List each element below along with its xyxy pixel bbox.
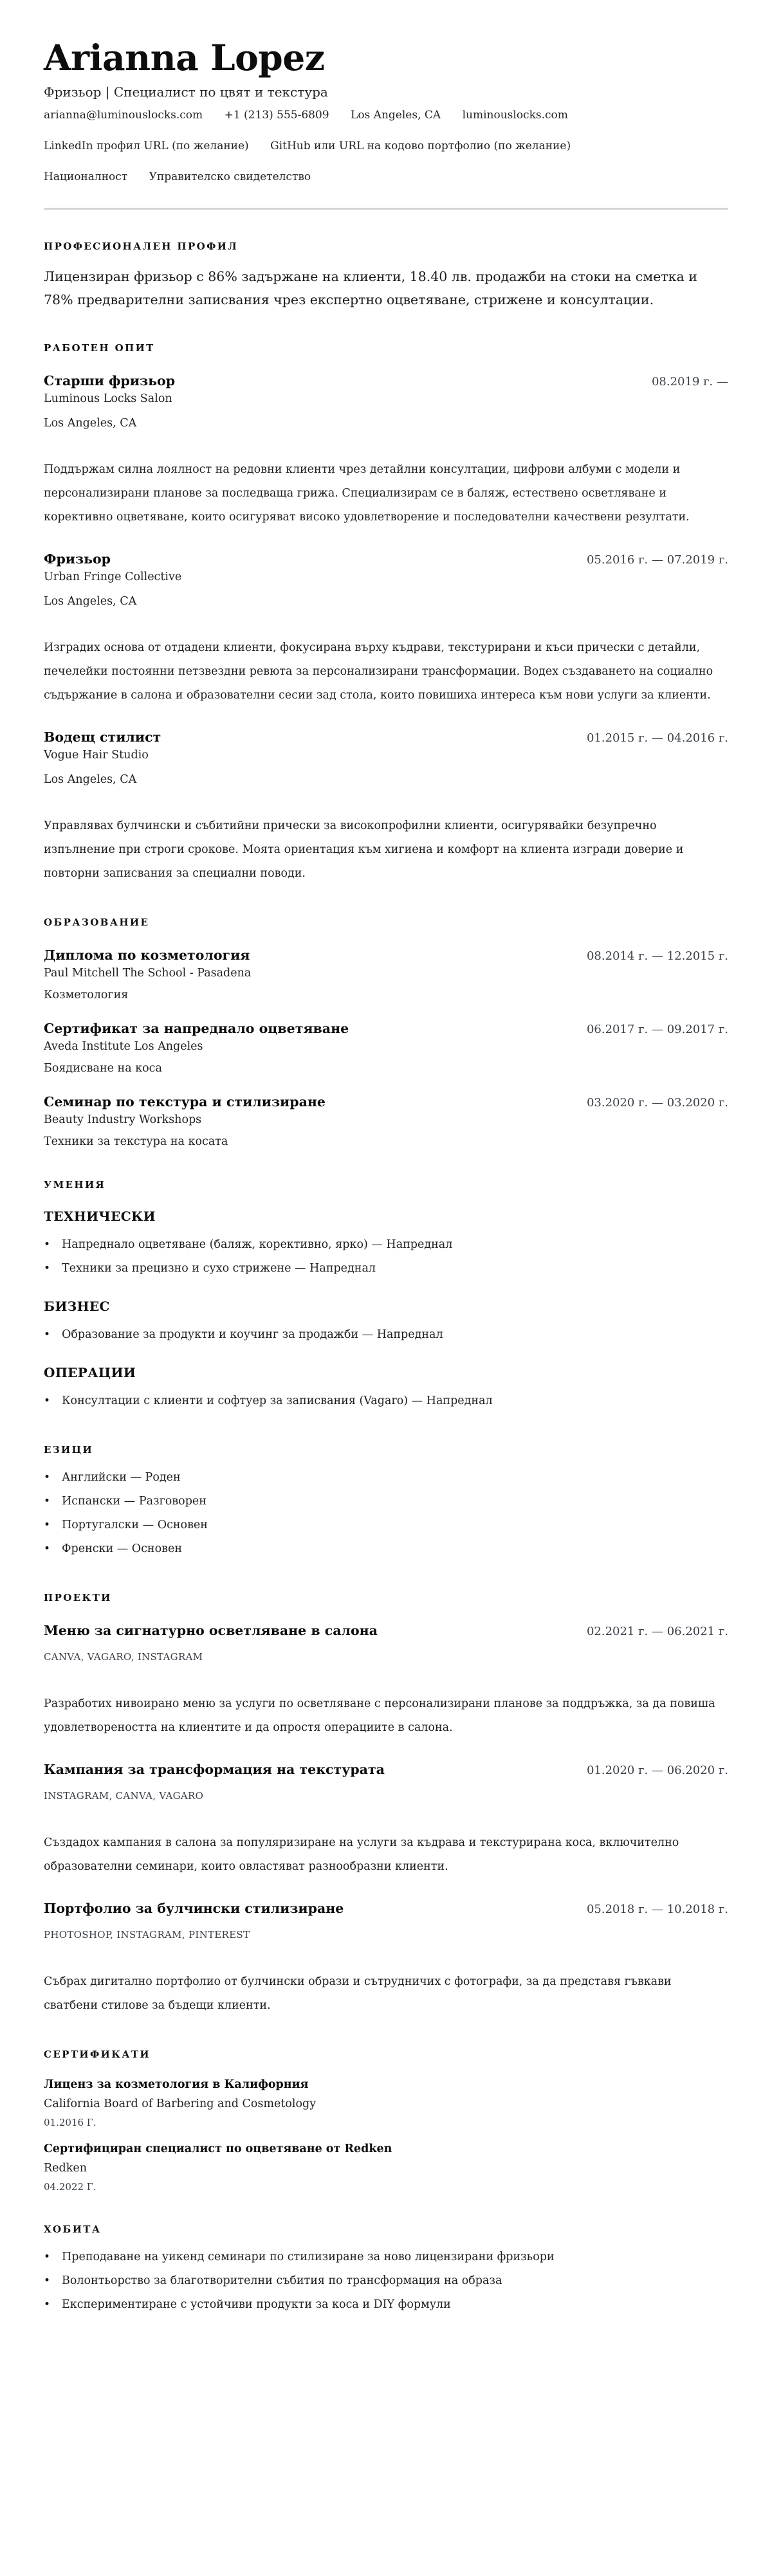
section-title-certificates: Сертификати	[44, 2049, 728, 2060]
job-title: Старши фризьор	[44, 373, 175, 388]
section-title-skills: Умения	[44, 1179, 728, 1191]
study-field: Техники за текстура на косата	[44, 1135, 728, 1148]
skill-group-title: ТЕХНИЧЕСКИ	[44, 1209, 728, 1224]
education-item: Семинар по текстура и стилизиране 03.202…	[44, 1094, 728, 1148]
contact-email[interactable]: arianna@luminouslocks.com	[44, 109, 203, 122]
contact-nationality: Националност	[44, 170, 127, 183]
hobby-item: Експериментиране с устойчиви продукти за…	[44, 2293, 728, 2317]
certificate-list: Лиценз за козметология в Калифорния Cali…	[44, 2078, 728, 2193]
project-tech-stack: CANVA, VAGARO, INSTAGRAM	[44, 1651, 728, 1663]
language-item: Френски — Основен	[44, 1537, 728, 1561]
certificate-date: 01.2016 Г.	[44, 2117, 728, 2128]
hobby-item: Волонтьорство за благотворителни събития…	[44, 2269, 728, 2293]
education-date: 08.2014 г. — 12.2015 г.	[587, 949, 728, 963]
job-description: Управлявах булчински и събитийни прическ…	[44, 814, 728, 886]
skills-section: Умения ТЕХНИЧЕСКИ Напреднало оцветяване …	[44, 1179, 728, 1413]
project-date: 05.2018 г. — 10.2018 г.	[587, 1903, 728, 1916]
skill-list: Напреднало оцветяване (баляж, корективно…	[44, 1233, 728, 1281]
certificate-issuer: California Board of Barbering and Cosmet…	[44, 2097, 728, 2110]
project-description: Създадох кампания в салона за популяризи…	[44, 1831, 728, 1879]
job-title: Фризьор	[44, 551, 111, 567]
job-date: 01.2015 г. — 04.2016 г.	[587, 731, 728, 745]
school-name: Paul Mitchell The School - Pasadena	[44, 967, 728, 980]
section-title-experience: Работен опит	[44, 342, 728, 354]
experience-section: Работен опит Старши фризьор 08.2019 г. —…	[44, 342, 728, 886]
contact-row-primary: arianna@luminouslocks.com +1 (213) 555-6…	[44, 100, 728, 131]
resume-page: Arianna Lopez Фризьор | Специалист по цв…	[0, 0, 772, 2355]
experience-item: Фризьор 05.2016 г. — 07.2019 г. Urban Fr…	[44, 551, 728, 708]
certificate-title: Лиценз за козметология в Калифорния	[44, 2078, 728, 2091]
languages-section: Езици Английски — Роден Испански — Разго…	[44, 1444, 728, 1561]
job-company: Vogue Hair Studio	[44, 749, 728, 762]
job-date: 05.2016 г. — 07.2019 г.	[587, 553, 728, 567]
contact-website[interactable]: luminouslocks.com	[463, 109, 568, 122]
resume-header: Arianna Lopez Фризьор | Специалист по цв…	[44, 37, 728, 210]
job-description: Изградих основа от отдадени клиенти, фок…	[44, 636, 728, 708]
project-title: Кампания за трансформация на текстурата	[44, 1762, 385, 1777]
hobby-item: Преподаване на уикенд семинари по стилиз…	[44, 2245, 728, 2269]
candidate-subtitle: Фризьор | Специалист по цвят и текстура	[44, 84, 728, 100]
job-location: Los Angeles, CA	[44, 595, 728, 608]
experience-item: Старши фризьор 08.2019 г. — Luminous Loc…	[44, 373, 728, 529]
project-item: Меню за сигнатурно осветляване в салона …	[44, 1623, 728, 1740]
certificate-issuer: Redken	[44, 2162, 728, 2175]
degree-title: Диплома по козметология	[44, 947, 250, 963]
profile-summary: Лицензиран фризьор с 86% задържане на кл…	[44, 265, 728, 311]
candidate-name: Arianna Lopez	[44, 37, 728, 78]
project-title: Портфолио за булчински стилизиране	[44, 1901, 344, 1916]
skill-list: Образование за продукти и коучинг за про…	[44, 1323, 728, 1347]
contact-phone[interactable]: +1 (213) 555-6809	[225, 109, 329, 122]
school-name: Beauty Industry Workshops	[44, 1113, 728, 1126]
section-title-languages: Езици	[44, 1444, 728, 1456]
education-date: 06.2017 г. — 09.2017 г.	[587, 1023, 728, 1036]
certificates-section: Сертификати Лиценз за козметология в Кал…	[44, 2049, 728, 2193]
skill-item: Напреднало оцветяване (баляж, корективно…	[44, 1233, 728, 1257]
project-date: 01.2020 г. — 06.2020 г.	[587, 1764, 728, 1777]
contact-row-extra: Националност Управителско свидетелство	[44, 161, 728, 192]
project-item: Портфолио за булчински стилизиране 05.20…	[44, 1901, 728, 2018]
language-list: Английски — Роден Испански — Разговорен …	[44, 1466, 728, 1561]
skill-group-business: БИЗНЕС Образование за продукти и коучинг…	[44, 1299, 728, 1347]
skill-item: Консултации с клиенти и софтуер за запис…	[44, 1389, 728, 1413]
skill-list: Консултации с клиенти и софтуер за запис…	[44, 1389, 728, 1413]
study-field: Боядисване на коса	[44, 1062, 728, 1075]
education-list: Диплома по козметология 08.2014 г. — 12.…	[44, 947, 728, 1148]
contact-location: Los Angeles, CA	[351, 109, 441, 122]
skill-group-title: ОПЕРАЦИИ	[44, 1365, 728, 1380]
job-location: Los Angeles, CA	[44, 773, 728, 786]
contact-github[interactable]: GitHub или URL на кодово портфолио (по ж…	[270, 140, 571, 152]
education-item: Диплома по козметология 08.2014 г. — 12.…	[44, 947, 728, 1001]
contact-license: Управителско свидетелство	[149, 170, 311, 183]
project-list: Меню за сигнатурно осветляване в салона …	[44, 1623, 728, 2018]
profile-section: Професионален профил Лицензиран фризьор …	[44, 241, 728, 311]
experience-item: Водещ стилист 01.2015 г. — 04.2016 г. Vo…	[44, 729, 728, 886]
job-date: 08.2019 г. —	[652, 375, 728, 388]
experience-list: Старши фризьор 08.2019 г. — Luminous Loc…	[44, 373, 728, 886]
certificate-date: 04.2022 Г.	[44, 2181, 728, 2193]
skill-group-title: БИЗНЕС	[44, 1299, 728, 1314]
language-item: Португалски — Основен	[44, 1513, 728, 1537]
job-company: Urban Fringe Collective	[44, 571, 728, 583]
job-location: Los Angeles, CA	[44, 417, 728, 430]
section-title-projects: Проекти	[44, 1592, 728, 1603]
language-item: Английски — Роден	[44, 1466, 728, 1490]
skill-item: Образование за продукти и коучинг за про…	[44, 1323, 728, 1347]
skill-group-technical: ТЕХНИЧЕСКИ Напреднало оцветяване (баляж,…	[44, 1209, 728, 1281]
skill-group-operations: ОПЕРАЦИИ Консултации с клиенти и софтуер…	[44, 1365, 728, 1413]
certificate-item: Сертифициран специалист по оцветяване от…	[44, 2142, 728, 2193]
job-company: Luminous Locks Salon	[44, 392, 728, 405]
certificate-title: Сертифициран специалист по оцветяване от…	[44, 2142, 728, 2155]
projects-section: Проекти Меню за сигнатурно осветляване в…	[44, 1592, 728, 2018]
school-name: Aveda Institute Los Angeles	[44, 1040, 728, 1053]
education-date: 03.2020 г. — 03.2020 г.	[587, 1096, 728, 1110]
project-date: 02.2021 г. — 06.2021 г.	[587, 1625, 728, 1638]
job-description: Поддържам силна лоялност на редовни клие…	[44, 458, 728, 529]
section-title-hobbies: Хобита	[44, 2224, 728, 2235]
project-description: Събрах дигитално портфолио от булчински …	[44, 1970, 728, 2018]
section-title-education: Образование	[44, 917, 728, 928]
header-divider	[44, 208, 728, 210]
language-item: Испански — Разговорен	[44, 1490, 728, 1513]
education-item: Сертификат за напреднало оцветяване 06.2…	[44, 1021, 728, 1075]
project-description: Разработих нивоирано меню за услуги по о…	[44, 1692, 728, 1740]
skill-item: Техники за прецизно и сухо стрижене — На…	[44, 1257, 728, 1281]
hobby-list: Преподаване на уикенд семинари по стилиз…	[44, 2245, 728, 2317]
hobbies-section: Хобита Преподаване на уикенд семинари по…	[44, 2224, 728, 2317]
project-title: Меню за сигнатурно осветляване в салона	[44, 1623, 378, 1638]
project-tech-stack: INSTAGRAM, CANVA, VAGARO	[44, 1790, 728, 1802]
certificate-item: Лиценз за козметология в Калифорния Cali…	[44, 2078, 728, 2128]
contact-linkedin[interactable]: LinkedIn профил URL (по желание)	[44, 140, 249, 152]
degree-title: Сертификат за напреднало оцветяване	[44, 1021, 349, 1036]
section-title-profile: Професионален профил	[44, 241, 728, 252]
study-field: Козметология	[44, 989, 728, 1001]
project-tech-stack: PHOTOSHOP, INSTAGRAM, PINTEREST	[44, 1929, 728, 1941]
job-title: Водещ стилист	[44, 729, 161, 745]
degree-title: Семинар по текстура и стилизиране	[44, 1094, 326, 1110]
contact-row-links: LinkedIn профил URL (по желание) GitHub …	[44, 131, 728, 161]
project-item: Кампания за трансформация на текстурата …	[44, 1762, 728, 1879]
education-section: Образование Диплома по козметология 08.2…	[44, 917, 728, 1148]
